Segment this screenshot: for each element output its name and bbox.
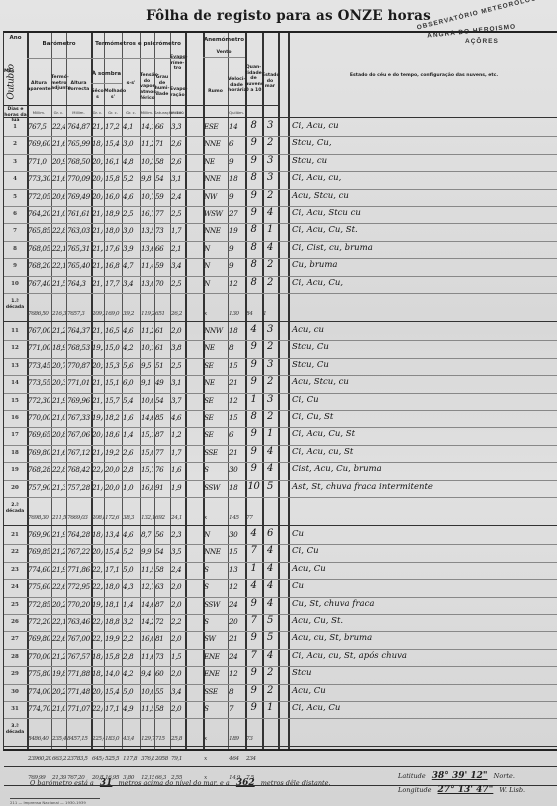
barometer-note: O barómetro está a 31 metros acima do ní… [30, 778, 331, 788]
sum-rumo: x [204, 756, 228, 762]
cell-mar: 2 [263, 277, 277, 288]
cell-diff: 2,2 [123, 634, 139, 643]
cell-alt-ap: 768,05 [28, 244, 50, 253]
day-number: 2 [4, 141, 26, 147]
cell-mar: 4 [263, 463, 277, 474]
table-row: 11767,0021,2764,3721,116,54,611,2612,0NN… [4, 323, 557, 340]
cell-mar: 2 [263, 376, 277, 387]
cell-term-adj: 20,2 [52, 687, 65, 696]
cell-alt-ap: 767,5 [28, 122, 50, 131]
cell-term-adj: 21,5 [52, 279, 65, 288]
col-header-vapour-tension: Tensão do vapor atmos-férico [140, 73, 154, 102]
sum-alt-corr: 23783,5 [67, 756, 91, 762]
day-number: 16 [4, 415, 26, 421]
unit-label: Gr. c. [51, 110, 66, 115]
cell-evap: 2,6 [171, 139, 184, 148]
cell-mar: 4 [263, 563, 277, 574]
sky-remarks: Acu, cu, St, bruma [292, 633, 372, 643]
cell-seco: 20,6 [92, 547, 103, 556]
cell-vel: 6 [229, 139, 244, 148]
cell-diff: 2,8 [123, 652, 139, 661]
day-number: 4 [4, 176, 26, 182]
cell-nuvens: 9 [246, 632, 261, 643]
sky-remarks: Stcu, Cu [292, 342, 329, 352]
cell-term-adj: 20,6 [52, 192, 65, 201]
cell-vel: 21 [229, 378, 244, 387]
cell-humidade: 60 [155, 669, 169, 678]
unit-label: Quilóm. [228, 110, 245, 115]
sky-remarks: Ast, St, chuva fraca intermitente [292, 482, 433, 492]
cell-humidade: 49 [155, 378, 169, 387]
sky-remarks: Ci, Cu, St [292, 412, 333, 422]
cell-molhado: 15,7 [105, 396, 121, 405]
col-header-sea-state: Estado do mar [262, 73, 278, 90]
sky-remarks: Stcu [292, 668, 311, 678]
cell-evap: 3,1 [171, 378, 184, 387]
cell-vel: 19 [229, 226, 244, 235]
cell-molhado: 17,7 [105, 279, 121, 288]
sum-rumo: x [204, 736, 228, 742]
cell-tensao: 11,5 [141, 704, 153, 713]
sum-molhado: 183,0 [105, 736, 122, 742]
table-row: 4773,3021,6770,0920,015,85,29,8543,1NNE1… [4, 171, 557, 188]
cell-tensao: 9,4 [141, 669, 153, 678]
cell-evap: 2,5 [171, 361, 184, 370]
cell-rumo: NNW [204, 326, 227, 335]
cell-humidade: 58 [155, 704, 169, 713]
cell-mar: 5 [263, 615, 277, 626]
cell-tensao: 16,0 [141, 634, 153, 643]
cell-rumo: N [204, 279, 227, 288]
cell-evap: 1,5 [171, 652, 184, 661]
cell-mar: 1 [263, 428, 277, 439]
cell-term-adj: 20,9 [52, 157, 65, 166]
cell-mar: 4 [263, 545, 277, 556]
row-divider [4, 105, 278, 106]
cell-tensao: 11,6 [141, 652, 153, 661]
cell-vel: 18 [229, 174, 244, 183]
cell-diff: 1,4 [123, 430, 139, 439]
sum-nuvens: 234 [246, 756, 262, 762]
cell-molhado: 15,1 [105, 378, 121, 387]
sky-remarks: Acu, Stcu, cu [292, 191, 349, 201]
cell-mar: 3 [263, 172, 277, 183]
unit-label: Millim. [170, 110, 185, 115]
cell-mar: 3 [263, 324, 277, 335]
cell-mar: 2 [263, 667, 277, 678]
sum-humidade: 2058 [155, 756, 170, 762]
cell-molhado: 18,0 [105, 582, 121, 591]
cell-tensao: 9,1 [141, 378, 153, 387]
cell-rumo: SE [204, 396, 227, 405]
sky-remarks: Acu, Cu, St. [292, 616, 343, 626]
sky-remarks: Ci, Acu, Cu, St. [292, 225, 358, 235]
cell-nuvens: 8 [246, 242, 261, 253]
cell-tensao: 12,7 [141, 582, 153, 591]
table-row: 15772,3021,9769,9621,115,75,410,0543,7SE… [4, 393, 557, 410]
row-divider [91, 83, 122, 84]
cell-seco: 18,6 [92, 652, 103, 661]
cell-mar: 2 [263, 190, 277, 201]
cell-molhado: 16,1 [105, 157, 121, 166]
cell-humidade: 77 [155, 209, 169, 218]
unit-label: Gr. c. [104, 110, 122, 115]
cell-tensao: 9,8 [141, 174, 153, 183]
day-number: 30 [4, 689, 26, 695]
table-row: 12771,0018,9768,5319,215,04,210,1613,8NE… [4, 340, 557, 357]
table-row: 25772,8520,2770,2019,518,11,414,6872,0SS… [4, 597, 557, 614]
cell-molhado: 20,0 [105, 483, 121, 492]
table-row: 8768,0522,1765,3121,517,63,913,6662,1N98… [4, 241, 557, 258]
cell-diff: 1,6 [123, 413, 139, 422]
sky-remarks: Cu, bruma [292, 260, 338, 270]
cell-term-adj: 22,1 [52, 617, 65, 626]
cell-alt-corr: 768,53 [67, 343, 90, 352]
cell-seco: 21,5 [92, 244, 103, 253]
day-number: 20 [4, 485, 26, 491]
cell-diff: 1,0 [123, 483, 139, 492]
cell-vel: 27 [229, 209, 244, 218]
cell-diff: 4,6 [123, 530, 139, 539]
cell-vel: 24 [229, 652, 244, 661]
cell-diff: 5,2 [123, 547, 139, 556]
cell-nuvens: 8 [246, 411, 261, 422]
cell-nuvens: 1 [246, 563, 261, 574]
cell-molhado: 19,9 [105, 634, 121, 643]
sum-seco: 225,4 [92, 736, 104, 742]
table-row: 3771,020,9768,5020,916,14,810,3582,6NE99… [4, 154, 557, 171]
cell-seco: 20,9 [92, 157, 103, 166]
cell-rumo: WSW [204, 209, 227, 218]
cell-humidade: 73 [155, 652, 169, 661]
cell-alt-ap: 769,80 [28, 634, 50, 643]
cell-tensao: 16,8 [141, 483, 153, 492]
cell-molhado: 17,6 [105, 244, 121, 253]
cell-term-adj: 21,3 [52, 483, 65, 492]
cell-tensao: 10,7 [141, 192, 153, 201]
day-number: 13 [4, 363, 26, 369]
cell-humidade: 81 [155, 634, 169, 643]
cell-rumo: ESE [204, 122, 227, 131]
cell-evap: 1,7 [171, 226, 184, 235]
cell-alt-ap: 772,30 [28, 396, 50, 405]
sum-evap: 79,1 [171, 756, 185, 762]
cell-tensao: 11,4 [141, 261, 153, 270]
cell-alt-corr: 770,87 [67, 361, 90, 370]
table-row: 6764,2021,0761,6121,418,92,516,7772,5WSW… [4, 206, 557, 223]
row-divider [4, 117, 557, 118]
cell-seco: 20,6 [92, 192, 103, 201]
cell-alt-ap: 771,0 [28, 157, 50, 166]
cell-evap: 3,7 [171, 396, 184, 405]
cell-term-adj: 21,9 [52, 565, 65, 574]
cell-term-adj: 22,4 [52, 122, 65, 131]
table-row: 5772,0520,6769,4920,616,04,610,7592,4NW9… [4, 189, 557, 206]
cell-nuvens: 9 [246, 446, 261, 457]
cell-diff: 4,2 [123, 343, 139, 352]
cell-humidade: 55 [155, 687, 169, 696]
imprint: 211 — Imprensa Nacional — 1930-1939 [10, 798, 100, 805]
table-row: 22769,8521,2767,2220,615,45,29,9543,5NNE… [4, 544, 557, 561]
sum-term-adj: 235,4 [52, 736, 66, 742]
cell-tensao: 14,2 [141, 617, 153, 626]
year-label: Ano [4, 35, 27, 42]
cell-alt-ap: 769,90 [28, 530, 50, 539]
cell-seco: 20,0 [92, 430, 103, 439]
table-row: 9768,2022,1765,4021,516,84,711,4593,4N98… [4, 258, 557, 275]
cell-diff: 5,6 [123, 361, 139, 370]
cell-alt-corr: 771,48 [67, 687, 90, 696]
cell-molhado: 17,1 [105, 565, 121, 574]
col-header-sky-state: Estado do céu e do tempo, configuração d… [292, 73, 556, 79]
sum-tensao: 376,8 [141, 756, 154, 762]
cell-diff: 3,2 [123, 617, 139, 626]
cell-humidade: 66 [155, 244, 169, 253]
cell-rumo: S [204, 582, 227, 591]
cell-molhado: 18,6 [105, 430, 121, 439]
sky-remarks: Acu, cu [292, 325, 324, 335]
sky-remarks: Acu, Stcu, cu [292, 377, 349, 387]
cell-alt-ap: 768,28 [28, 465, 50, 474]
cell-alt-ap: 774,60 [28, 565, 50, 574]
cell-seco: 18,2 [92, 669, 103, 678]
cell-nuvens: 7 [246, 650, 261, 661]
cell-rumo: NNE [204, 226, 227, 235]
cell-alt-ap: 775,60 [28, 582, 50, 591]
cell-mar: 2 [263, 685, 277, 696]
decade-label: 3.ª década [4, 724, 26, 736]
day-number: 15 [4, 398, 26, 404]
cell-seco: 19,2 [92, 343, 103, 352]
cell-term-adj: 22,6 [52, 582, 65, 591]
sum-diff: 38,3 [123, 515, 140, 521]
monthly-totals: 23960,20663,223783,5645,4525,5117,8376,8… [4, 748, 557, 766]
sum-nuvens: 84 [246, 311, 262, 317]
cell-evap: 3,8 [171, 343, 184, 352]
cell-alt-corr: 770,09 [67, 174, 90, 183]
cell-alt-ap: 773,30 [28, 174, 50, 183]
wind-header: Vento [203, 50, 245, 56]
cell-diff: 4,7 [123, 261, 139, 270]
cell-vel: 15 [229, 547, 244, 556]
cell-evap: 2,0 [171, 326, 184, 335]
table-row: 7765,8522,8763,0321,018,03,013,5731,7NNE… [4, 223, 557, 240]
cell-nuvens: 9 [246, 155, 261, 166]
day-number: 7 [4, 228, 26, 234]
cell-humidade: 87 [155, 430, 169, 439]
cell-humidade: 56 [155, 530, 169, 539]
cell-vel: 13 [229, 565, 244, 574]
sum-tensao: 119,2 [141, 311, 154, 317]
cell-evap: 2,0 [171, 582, 184, 591]
cell-humidade: 91 [155, 483, 169, 492]
cell-molhado: 20,0 [105, 465, 121, 474]
cell-mar: 2 [263, 259, 277, 270]
day-number: 8 [4, 246, 26, 252]
cell-alt-ap: 765,85 [28, 226, 50, 235]
cell-evap: 1,7 [171, 448, 184, 457]
cell-humidade: 85 [155, 413, 169, 422]
col-header-wet: Molhado s' [104, 89, 122, 100]
cell-diff: 4,2 [123, 669, 139, 678]
cell-seco: 19,5 [92, 600, 103, 609]
sum-molhado: 172,6 [105, 515, 122, 521]
cell-nuvens: 9 [246, 598, 261, 609]
cell-nuvens: 9 [246, 376, 261, 387]
day-number: 17 [4, 432, 26, 438]
day-number: 28 [4, 654, 26, 660]
cell-evap: 3,5 [171, 547, 184, 556]
cell-molhado: 15,3 [105, 361, 121, 370]
cell-evap: 2,1 [171, 244, 184, 253]
cell-humidade: 71 [155, 139, 169, 148]
cell-evap: 2,3 [171, 530, 184, 539]
cell-rumo: ENE [204, 669, 227, 678]
cell-nuvens: 9 [246, 463, 261, 474]
day-number: 29 [4, 671, 26, 677]
table-row: 29775,8019,8771,8818,214,04,29,4602,0ENE… [4, 666, 557, 683]
cell-molhado: 15,4 [105, 687, 121, 696]
sum-seco: 209,3 [92, 311, 104, 317]
day-number: 1 [4, 124, 26, 130]
cell-tensao: 9,5 [141, 361, 153, 370]
cell-alt-ap: 773,45 [28, 361, 50, 370]
cell-diff: 6,0 [123, 378, 139, 387]
cell-vel: 8 [229, 687, 244, 696]
cell-vel: 30 [229, 530, 244, 539]
cell-alt-corr: 764,28 [67, 530, 90, 539]
sky-remarks: Acu, Cu [292, 564, 326, 574]
sum-nuvens: 77 [246, 515, 262, 521]
day-number: 31 [4, 706, 26, 712]
cell-alt-corr: 765,99 [67, 139, 90, 148]
cell-rumo: NW [204, 192, 227, 201]
col-header-evaporimeter: Evapo-ríme-tro [170, 55, 185, 72]
sky-remarks: Ci, Cu [292, 395, 319, 405]
sky-remarks: Acu, Cu [292, 686, 326, 696]
cell-alt-ap: 769,65 [28, 430, 50, 439]
cell-mar: 4 [263, 580, 277, 591]
table-row: 31774,7021,0771,0722,017,14,911,5582,0S7… [4, 701, 557, 718]
cell-mar: 2 [263, 137, 277, 148]
cell-rumo: SSE [204, 687, 227, 696]
cell-alt-corr: 765,40 [67, 261, 90, 270]
cell-rumo: NE [204, 343, 227, 352]
cell-alt-ap: 774,00 [28, 687, 50, 696]
cell-molhado: 13,4 [105, 530, 121, 539]
cell-alt-corr: 765,31 [67, 244, 90, 253]
cell-diff: 4,9 [123, 704, 139, 713]
cell-alt-ap: 769,60 [28, 139, 50, 148]
sum-term-adj: 211,5 [52, 515, 66, 521]
sum-diff: 43,4 [123, 736, 140, 742]
table-row: 18769,8021,6767,1221,819,22,615,0771,7SS… [4, 445, 557, 462]
cell-mar: 3 [263, 120, 277, 131]
sum-nuvens: 73 [246, 736, 262, 742]
day-number: 27 [4, 636, 26, 642]
cell-alt-corr: 767,57 [67, 652, 90, 661]
col-header-humidity: Grau de humi-dade [154, 75, 170, 98]
cell-rumo: N [204, 530, 227, 539]
cell-mar: 1 [263, 702, 277, 713]
cell-mar: 4 [263, 207, 277, 218]
cell-rumo: S [204, 704, 227, 713]
table-row: 16770,0021,0767,3319,818,21,614,6854,6SE… [4, 410, 557, 427]
day-number: 10 [4, 281, 26, 287]
cell-alt-corr: 769,96 [67, 396, 90, 405]
cell-seco: 20,9 [92, 361, 103, 370]
day-number: 3 [4, 159, 26, 165]
cell-molhado: 16,5 [105, 326, 121, 335]
cell-term-adj: 21,2 [52, 547, 65, 556]
cell-mar: 4 [263, 242, 277, 253]
cell-diff: 4,6 [123, 326, 139, 335]
cell-evap: 2,0 [171, 704, 184, 713]
cell-tensao: 14,1 [141, 122, 153, 131]
cell-diff: 2,6 [123, 448, 139, 457]
cell-rumo: SE [204, 430, 227, 439]
sky-remarks: Cu, St, chuva fraca [292, 599, 374, 609]
cell-diff: 5,0 [123, 565, 139, 574]
cell-vel: 12 [229, 279, 244, 288]
cell-seco: 21,5 [92, 261, 103, 270]
cell-term-adj: 22,1 [52, 261, 65, 270]
cell-term-adj: 20,3 [52, 378, 65, 387]
sky-remarks: Cist, Acu, Cu, bruma [292, 464, 382, 474]
day-number: 5 [4, 194, 26, 200]
cell-vel: 9 [229, 244, 244, 253]
cell-nuvens: 4 [246, 324, 261, 335]
cell-alt-corr: 763,46 [67, 617, 90, 626]
col-header-corrected-height: Altura correcta [66, 81, 91, 92]
cell-alt-corr: 767,22 [67, 547, 90, 556]
longitude: Longitude 27° 13' 47" W. Lisb. [398, 785, 525, 795]
cell-rumo: S [204, 565, 227, 574]
cell-mar: 4 [263, 650, 277, 661]
sky-remarks: Stcu, Cu [292, 360, 329, 370]
cell-nuvens: 7 [246, 615, 261, 626]
cell-vel: 9 [229, 192, 244, 201]
cell-humidade: 58 [155, 565, 169, 574]
cell-diff: 3,9 [123, 244, 139, 253]
cell-molhado: 18,9 [105, 209, 121, 218]
cell-term-adj: 20,7 [52, 361, 65, 370]
cell-molhado: 17,2 [105, 122, 121, 131]
day-number: 26 [4, 619, 26, 625]
cell-seco: 18,4 [92, 139, 103, 148]
barometer-header: Barómetro [27, 41, 91, 48]
row-divider [4, 525, 557, 526]
cell-tensao: 14,6 [141, 600, 153, 609]
cell-alt-ap: 771,00 [28, 343, 50, 352]
cell-evap: 2,5 [171, 209, 184, 218]
cell-molhado: 18,2 [105, 413, 121, 422]
sum-diff: 117,8 [123, 756, 140, 762]
table-row: 1767,522,4764,8721,317,24,114,1663,3ESE1… [4, 119, 557, 136]
cell-term-adj: 19,8 [52, 669, 65, 678]
cell-rumo: N [204, 261, 227, 270]
cell-tensao: 15,1 [141, 430, 153, 439]
cell-seco: 21,1 [92, 396, 103, 405]
cell-tensao: 11,5 [141, 565, 153, 574]
cell-rumo: SE [204, 361, 227, 370]
cell-mar: 5 [263, 632, 277, 643]
day-number: 25 [4, 602, 26, 608]
cell-diff: 5,2 [123, 174, 139, 183]
sum-vel: 464 [229, 756, 245, 762]
cell-humidade: 61 [155, 343, 169, 352]
cell-term-adj: 22,8 [52, 226, 65, 235]
